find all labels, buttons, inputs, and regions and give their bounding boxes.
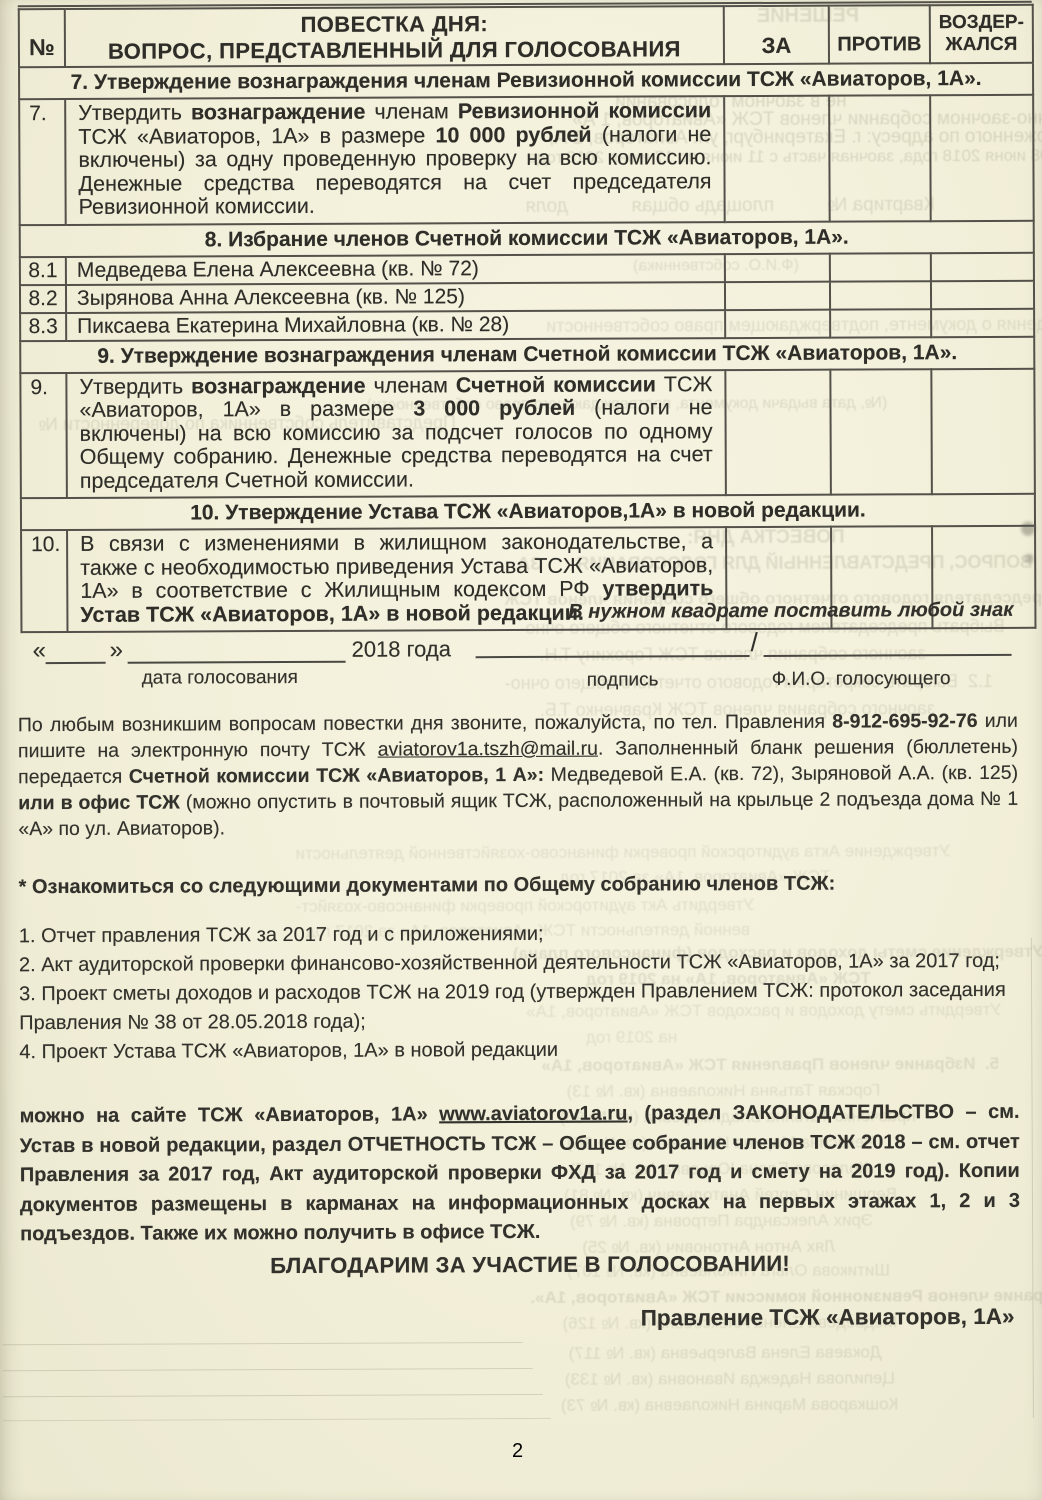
- question-10-number: 10.: [21, 530, 67, 632]
- date-label: дата голосования: [142, 667, 298, 690]
- day-blank-line[interactable]: [45, 636, 105, 664]
- vote-cell-8-3-za[interactable]: [725, 309, 830, 337]
- question-7-number: 7.: [19, 99, 66, 225]
- candidate-8-1-number: 8.1: [20, 256, 66, 284]
- list-item: 1. Отчет правления ТСЖ за 2017 год и с п…: [19, 918, 1017, 951]
- col-header-protiv: ПРОТИВ: [829, 5, 930, 63]
- vote-cell-9-vozder[interactable]: [931, 368, 1035, 494]
- signature-label: подпись: [587, 669, 659, 691]
- section-9-row: 9. Утверждение вознаграждения членам Сче…: [20, 336, 1034, 372]
- candidate-row-8-3: 8.3 Пиксаева Екатерина Михайловна (кв. №…: [20, 308, 1034, 340]
- list-item: 3. Проект сметы доходов и расходов ТСЖ н…: [19, 976, 1017, 1038]
- vote-cell-9-protiv[interactable]: [830, 369, 932, 495]
- contact-paragraph: По любым возникшим вопросам повестки дня…: [18, 708, 1019, 842]
- vote-cell-7-protiv[interactable]: [829, 95, 931, 221]
- scan-sheet: РЕШЕНИЕне в заочном голосованииочно-заоч…: [0, 0, 1042, 1500]
- vote-cell-8-3-protiv[interactable]: [830, 309, 931, 337]
- question-row-7: 7. Утвердить вознаграждение членам Ревиз…: [19, 95, 1034, 225]
- vote-cell-8-2-vozder[interactable]: [931, 280, 1034, 308]
- question-9-number: 9.: [20, 372, 67, 498]
- vote-cell-8-1-za[interactable]: [725, 253, 830, 281]
- vote-cell-8-1-protiv[interactable]: [830, 253, 931, 281]
- fio-label: Ф.И.О. голосующего: [772, 668, 951, 691]
- candidate-8-3-name: Пиксаева Екатерина Михайловна (кв. № 28): [66, 310, 725, 341]
- ballot-content: № ПОВЕСТКА ДНЯ: ВОПРОС, ПРЕДСТАВЛЕННЫЙ Д…: [0, 0, 1042, 1500]
- col-header-za: ЗА: [724, 6, 829, 64]
- candidate-8-2-name: Зырянова Анна Алексеевна (кв. № 125): [66, 282, 725, 313]
- table-header-row: № ПОВЕСТКА ДНЯ: ВОПРОС, ПРЕДСТАВЛЕННЫЙ Д…: [19, 5, 1033, 67]
- slash-separator: /: [750, 627, 757, 658]
- question-9-text: Утвердить вознаграждение членам Счетной …: [66, 370, 726, 498]
- section-10-title: 10. Утверждение Устава ТСЖ «Авиаторов,1А…: [21, 494, 1035, 530]
- list-item: 2. Акт аудиторской проверки финансово-хо…: [19, 947, 1017, 980]
- vote-cell-8-3-vozder[interactable]: [931, 308, 1034, 336]
- agenda-title: ПОВЕСТКА ДНЯ:: [67, 10, 722, 39]
- thanks-line: БЛАГОДАРИМ ЗА УЧАСТИЕ В ГОЛОСОВАНИИ!: [270, 1251, 790, 1279]
- vozder-line-2: ЖАЛСЯ: [932, 34, 1031, 56]
- candidate-row-8-2: 8.2 Зырянова Анна Алексеевна (кв. № 125): [20, 280, 1034, 312]
- month-blank-line[interactable]: [127, 633, 345, 664]
- vote-cell-8-2-protiv[interactable]: [830, 281, 931, 309]
- candidate-8-1-name: Медведева Елена Алексеевна (кв. № 72): [66, 254, 725, 285]
- candidate-row-8-1: 8.1 Медведева Елена Алексеевна (кв. № 72…: [20, 252, 1034, 284]
- voting-table: № ПОВЕСТКА ДНЯ: ВОПРОС, ПРЕДСТАВЛЕННЫЙ Д…: [18, 4, 1037, 633]
- vote-cell-7-za[interactable]: [724, 96, 830, 222]
- vote-cell-9-za[interactable]: [725, 369, 831, 495]
- section-8-title: 8. Избрание членов Счетной комиссии ТСЖ …: [20, 220, 1034, 256]
- section-7-row: 7. Утверждение вознаграждения членам Рев…: [19, 63, 1033, 99]
- scanned-ballot-page: РЕШЕНИЕне в заочном голосованииочно-заоч…: [0, 0, 1042, 1500]
- mark-instruction-note: В нужном квадрате поставить любой знак: [568, 599, 1013, 624]
- page-number: 2: [512, 1440, 523, 1463]
- candidate-8-3-number: 8.3: [20, 312, 66, 340]
- board-signoff: Правление ТСЖ «Авиаторов, 1А»: [641, 1304, 1015, 1332]
- year-label: 2018 года: [352, 636, 452, 662]
- vote-cell-7-vozder[interactable]: [930, 95, 1034, 221]
- list-item: 4. Проект Устава ТСЖ «Авиаторов, 1А» в н…: [19, 1034, 1017, 1067]
- section-9-title: 9. Утверждение вознаграждения членам Сче…: [20, 336, 1034, 372]
- section-8-row: 8. Избрание членов Счетной комиссии ТСЖ …: [20, 220, 1034, 256]
- candidate-8-2-number: 8.2: [20, 284, 66, 312]
- vozder-line-1: ВОЗДЕР-: [932, 12, 1031, 34]
- col-header-num: №: [19, 9, 65, 67]
- documents-heading: * Ознакомиться со следующими документами…: [19, 873, 836, 900]
- vote-cell-8-2-za[interactable]: [725, 281, 830, 309]
- signature-blank-line[interactable]: [475, 627, 749, 658]
- documents-list: 1. Отчет правления ТСЖ за 2017 год и с п…: [19, 918, 1018, 1067]
- open-quote: «: [33, 637, 46, 665]
- col-header-question: ПОВЕСТКА ДНЯ: ВОПРОС, ПРЕДСТАВЛЕННЫЙ ДЛЯ…: [65, 6, 724, 67]
- agenda-subtitle: ВОПРОС, ПРЕДСТАВЛЕННЫЙ ДЛЯ ГОЛОСОВАНИЯ: [67, 36, 722, 65]
- section-7-title: 7. Утверждение вознаграждения членам Рев…: [19, 63, 1033, 99]
- fio-blank-line[interactable]: [763, 626, 1011, 657]
- vote-cell-8-1-vozder[interactable]: [931, 252, 1034, 280]
- section-10-row: 10. Утверждение Устава ТСЖ «Авиаторов,1А…: [21, 494, 1035, 530]
- question-row-9: 9. Утвердить вознаграждение членам Счетн…: [20, 368, 1035, 498]
- website-paragraph: можно на сайте ТСЖ «Авиаторов, 1А» www.a…: [20, 1098, 1021, 1250]
- close-quote: »: [110, 637, 123, 665]
- question-7-text: Утвердить вознаграждение членам Ревизион…: [65, 96, 725, 224]
- col-header-vozder: ВОЗДЕР- ЖАЛСЯ: [930, 5, 1033, 63]
